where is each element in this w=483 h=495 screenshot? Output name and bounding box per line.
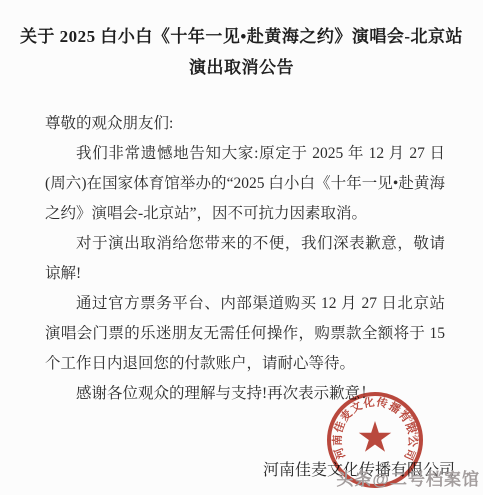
paragraph-apology: 对于演出取消给您带来的不便，我们深表歉意，敬请谅解! [45,229,445,289]
document-title: 关于 2025 白小白《十年一见•赴黄海之约》演唱会-北京站 演出取消公告 [0,0,483,83]
title-line-2: 演出取消公告 [0,52,483,83]
title-line-1: 关于 2025 白小白《十年一见•赴黄海之约》演唱会-北京站 [0,21,483,52]
seal-star-icon [359,421,391,452]
watermark-text: 头条@二号档案馆 [336,465,480,490]
announcement-page: 关于 2025 白小白《十年一见•赴黄海之约》演唱会-北京站 演出取消公告 尊敬… [0,0,483,495]
document-body: 尊敬的观众朋友们: 我们非常遗憾地告知大家:原定于 2025 年 12 月 27… [45,109,445,409]
paragraph-cancellation: 我们非常遗憾地告知大家:原定于 2025 年 12 月 27 日(周六)在国家体… [45,139,445,229]
salutation: 尊敬的观众朋友们: [45,109,445,139]
paragraph-refund: 通过官方票务平台、内部渠道购买 12 月 27 日北京站演唱会门票的乐迷朋友无需… [45,289,445,379]
